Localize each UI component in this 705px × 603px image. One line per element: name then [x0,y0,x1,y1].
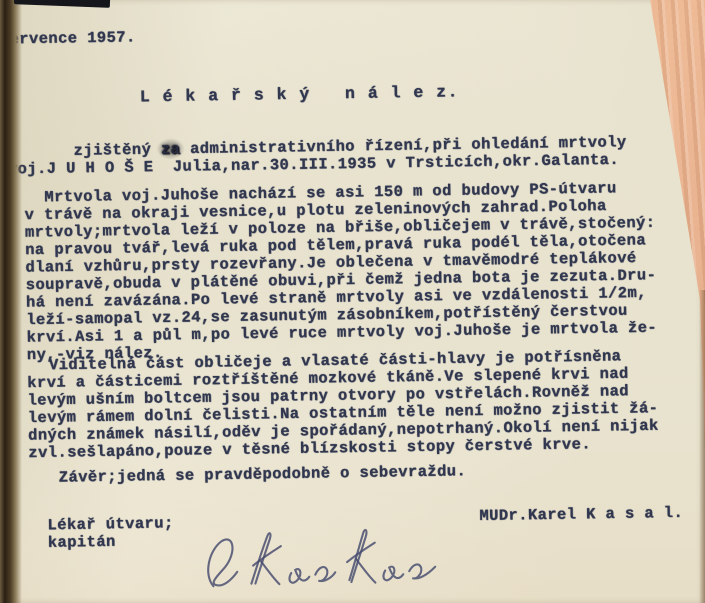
doctor-role: Lékař útvaru; [47,515,173,534]
signature-block-role: Lékař útvaru; kapitán [47,515,174,552]
body-paragraph-1: Mrtvola voj.Juhoše nachází se asi 150 m … [24,179,657,364]
body-paragraph-2: Viditelná část obličeje a vlasaté části-… [27,347,659,462]
intro-paragraph: zjištěný za administrativního řízení,při… [15,134,626,179]
page-title: L é k a ř s k ý n á l e z. [140,82,460,106]
doctor-rank: kapitán [48,532,174,551]
ink-smudge-word: za [161,140,181,158]
typed-text-layer: července 1957. L é k a ř s k ý n á l e z… [0,0,705,603]
conclusion-line: Závěr;jedná se pravděpodobně o sebevražd… [59,462,467,486]
book-spine-shadow [0,0,22,603]
page-edge-shadow [699,290,705,603]
intro-pre: zjištěný [73,140,161,159]
handwritten-signature [199,525,445,601]
doctor-name: MUDr.Karel K a s a l. [479,504,683,525]
document-photo: července 1957. L é k a ř s k ý n á l e z… [0,0,705,603]
